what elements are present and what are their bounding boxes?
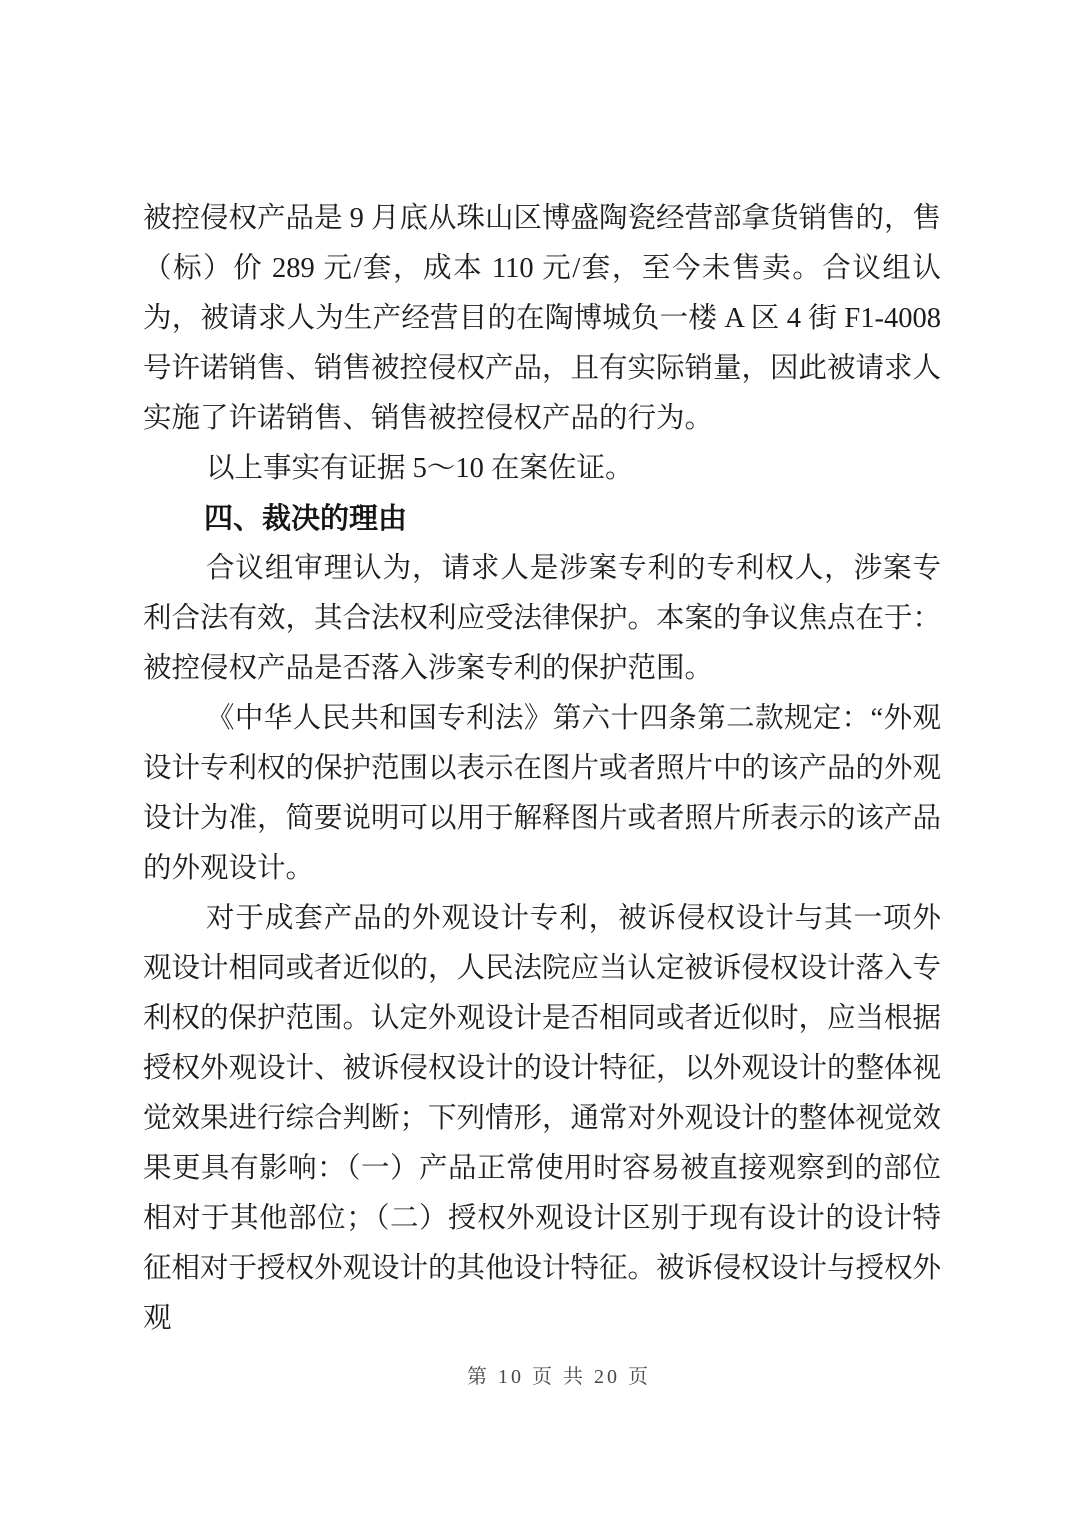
paragraph-patent-law-citation: 《中华人民共和国专利法》第六十四条第二款规定：“外观设计专利权的保护范围以表示在…: [143, 694, 941, 894]
section-heading-ruling-reasons: 四、裁决的理由: [143, 494, 941, 544]
page-footer: 第 10 页 共 20 页: [143, 1363, 941, 1391]
paragraph-evidence-note: 以上事实有证据 5～10 在案佐证。: [143, 444, 941, 494]
paragraph-panel-opinion: 合议组审理认为，请求人是涉案专利的专利权人，涉案专利合法有效，其合法权利应受法律…: [143, 544, 941, 694]
paragraph-design-comparison-rules: 对于成套产品的外观设计专利，被诉侵权设计与其一项外观设计相同或者近似的，人民法院…: [143, 894, 941, 1344]
paragraph-infringing-product-facts: 被控侵权产品是 9 月底从珠山区博盛陶瓷经营部拿货销售的，售（标）价 289 元…: [143, 194, 941, 444]
document-body: 被控侵权产品是 9 月底从珠山区博盛陶瓷经营部拿货销售的，售（标）价 289 元…: [143, 194, 941, 1344]
document-page: 被控侵权产品是 9 月底从珠山区博盛陶瓷经营部拿货销售的，售（标）价 289 元…: [0, 0, 1074, 1520]
